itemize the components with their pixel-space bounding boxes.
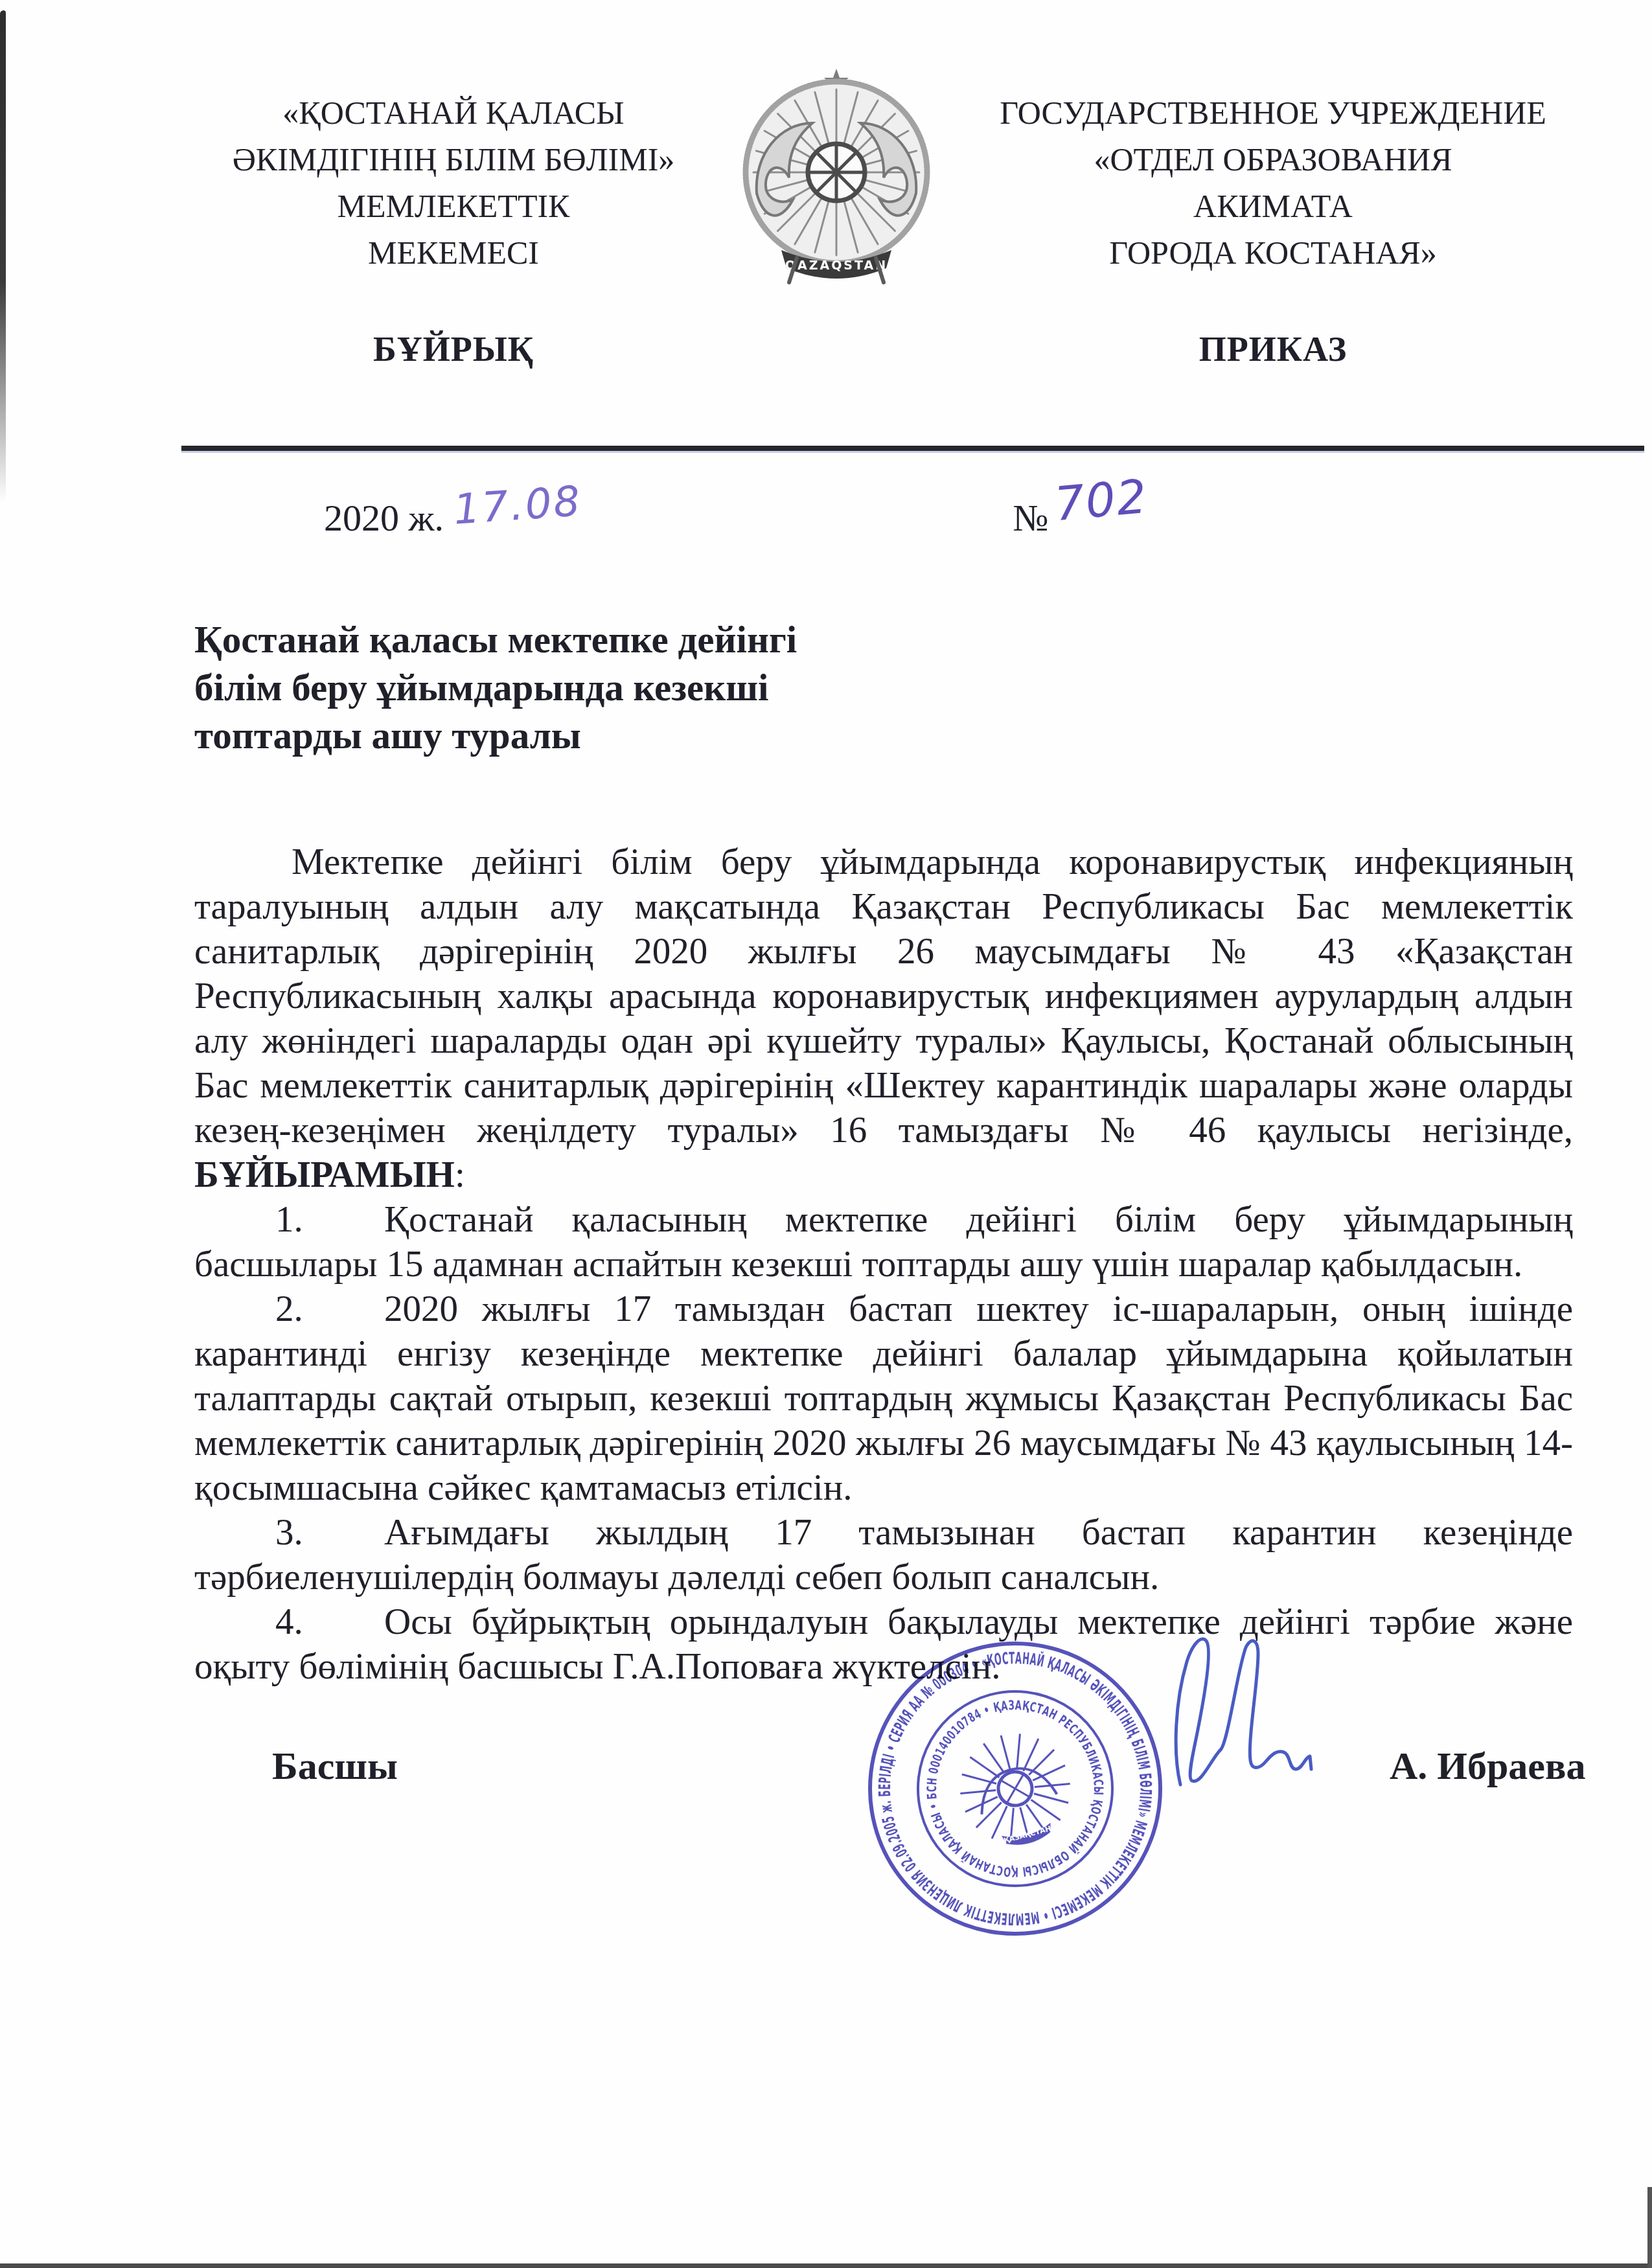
org-ru-line: АКИМАТА [933,183,1613,229]
order-item-3: 3.Ағымдағы жылдың 17 тамызынан бастап ка… [194,1510,1573,1599]
org-kk-line: МЕКЕМЕСІ [159,229,748,276]
item-number: 4. [275,1599,384,1644]
order-title: Қостанай қаласы мектепке дейінгі білім б… [194,615,1101,759]
item-number: 2. [275,1287,384,1331]
order-type-russian: ПРИКАЗ [933,329,1613,369]
director-signature [1141,1623,1342,1820]
scan-edge-right [1647,2187,1652,2268]
intro-text: Мектепке дейінгі білім беру ұйымдарында … [194,842,1573,1151]
intro-colon: : [455,1154,465,1195]
order-body: Мектепке дейінгі білім беру ұйымдарында … [194,840,1573,1689]
kazakhstan-emblem-icon: QAZAQSTAN [735,63,938,297]
org-kk-line: ӘКІМДІГІНІҢ БІЛІМ БӨЛІМІ» [159,136,748,183]
item-text: 2020 жылғы 17 тамыздан бастап шектеу іс-… [194,1289,1573,1508]
header-divider-line [181,446,1644,451]
order-type-kazakh: БҰЙРЫҚ [159,329,748,369]
order-title-line: білім беру ұйымдарында кезекші [194,663,1101,711]
org-kk-line: «ҚОСТАНАЙ ҚАЛАСЫ [159,89,748,136]
order-number-sign: № [1013,496,1048,540]
scanned-order-page: «ҚОСТАНАЙ ҚАЛАСЫ ӘКІМДІГІНІҢ БІЛІМ БӨЛІМ… [0,0,1652,2268]
stamp-center-emblem: ҚАЗАҚСТАН [948,1721,1082,1857]
signer-role: Басшы [272,1744,398,1789]
org-ru-line: «ОТДЕЛ ОБРАЗОВАНИЯ [933,136,1613,183]
scan-edge-left [0,10,6,503]
order-date-label: 2020 ж. [324,496,444,540]
official-stamp: «ҚОСТАНАЙ ҚАЛАСЫ ӘКІМДІГІНІҢ БІЛІМ БӨЛІМ… [863,1636,1167,1944]
intro-paragraph: Мектепке дейінгі білім беру ұйымдарында … [194,840,1573,1197]
order-item-1: 1.Қостанай қаласының мектепке дейінгі бі… [194,1197,1573,1287]
order-title-line: Қостанай қаласы мектепке дейінгі [194,615,1101,663]
emblem-banner-text: QAZAQSTAN [785,258,888,273]
org-ru-line: ГОСУДАРСТВЕННОЕ УЧРЕЖДЕНИЕ [933,89,1613,136]
order-title-line: топтарды ашу туралы [194,711,1101,759]
order-date-handwritten: 17.08 [452,477,584,534]
org-name-russian: ГОСУДАРСТВЕННОЕ УЧРЕЖДЕНИЕ «ОТДЕЛ ОБРАЗО… [933,89,1613,276]
org-ru-line: ГОРОДА КОСТАНАЯ» [933,229,1613,276]
org-name-kazakh: «ҚОСТАНАЙ ҚАЛАСЫ ӘКІМДІГІНІҢ БІЛІМ БӨЛІМ… [159,89,748,276]
intro-directive-word: БҰЙЫРАМЫН [194,1154,455,1195]
item-number: 1. [275,1197,384,1242]
order-item-2: 2.2020 жылғы 17 тамыздан бастап шектеу і… [194,1287,1573,1510]
signer-name: А. Ибраева [1390,1744,1585,1789]
scan-edge-bottom [0,2263,1652,2268]
item-number: 3. [275,1510,384,1555]
item-text: Ағымдағы жылдың 17 тамызынан бастап кара… [194,1512,1573,1598]
org-kk-line: МЕМЛЕКЕТТІК [159,183,748,229]
item-text: Қостанай қаласының мектепке дейінгі білі… [194,1199,1573,1285]
order-number-handwritten: 702 [1053,469,1150,531]
